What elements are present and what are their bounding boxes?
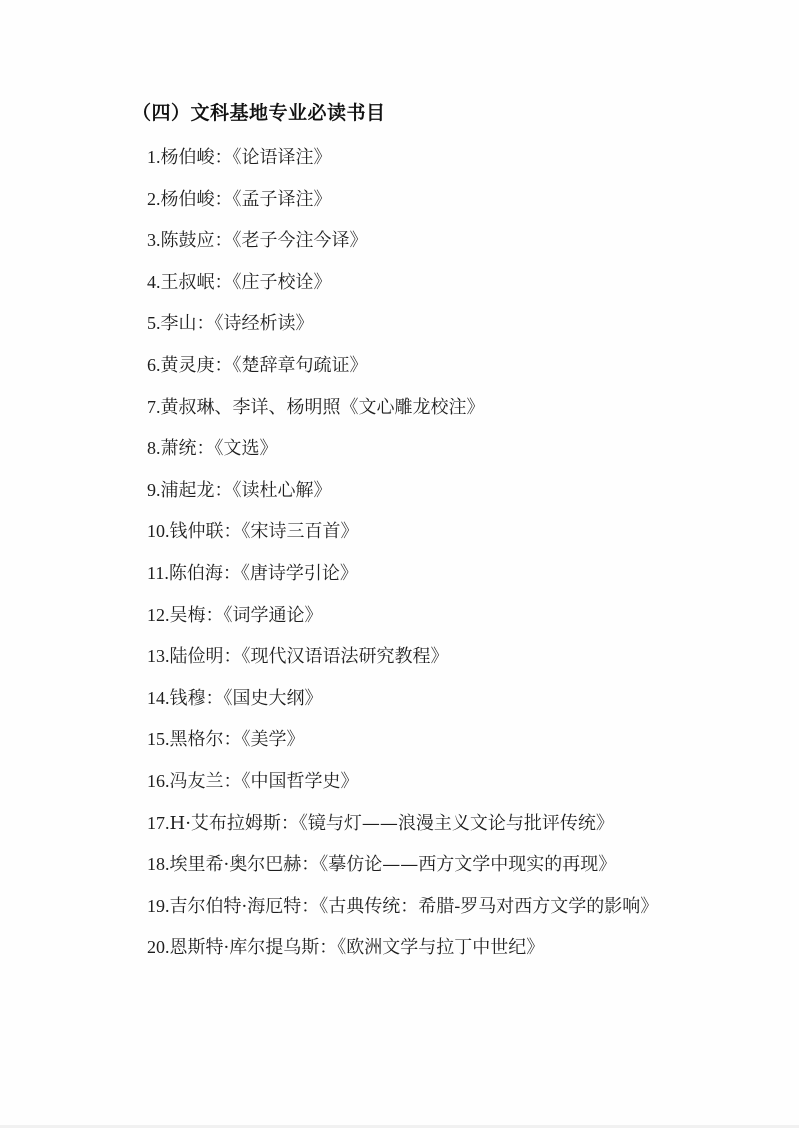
item-number: 19. (147, 896, 170, 916)
list-item: 20.恩斯特·库尔提乌斯：《欧洲文学与拉丁中世纪》 (147, 934, 658, 976)
item-text: 黑格尔：《美学》 (170, 729, 305, 750)
item-number: 14. (147, 688, 170, 708)
item-number: 13. (147, 646, 170, 666)
item-number: 20. (147, 937, 170, 957)
item-text: 吴梅：《词学通论》 (170, 605, 323, 626)
list-item: 16.冯友兰：《中国哲学史》 (147, 768, 658, 810)
item-text: 萧统：《文选》 (161, 438, 278, 459)
item-text: 钱穆：《国史大纲》 (170, 688, 323, 709)
item-text: 浦起龙：《读杜心解》 (161, 480, 332, 501)
list-item: 1.杨伯峻：《论语译注》 (147, 144, 658, 186)
item-number: 9. (147, 480, 161, 500)
item-number: 16. (147, 771, 170, 791)
item-number: 7. (147, 397, 161, 417)
item-number: 8. (147, 438, 161, 458)
item-text: 陈伯海：《唐诗学引论》 (169, 563, 358, 584)
list-item: 4.王叔岷：《庄子校诠》 (147, 269, 658, 311)
list-item: 2.杨伯峻：《孟子译注》 (147, 186, 658, 228)
item-text: H·艾布拉姆斯：《镜与灯——浪漫主义文论与批评传统》 (170, 813, 614, 834)
item-number: 15. (147, 729, 170, 749)
item-number: 12. (147, 605, 170, 625)
item-number: 17. (147, 813, 170, 833)
list-item: 17.H·艾布拉姆斯：《镜与灯——浪漫主义文论与批评传统》 (147, 810, 658, 852)
list-item: 3.陈鼓应：《老子今注今译》 (147, 227, 658, 269)
item-text: 恩斯特·库尔提乌斯：《欧洲文学与拉丁中世纪》 (170, 937, 545, 958)
list-item: 9.浦起龙：《读杜心解》 (147, 477, 658, 519)
item-text: 钱仲联：《宋诗三百首》 (170, 521, 359, 542)
item-number: 6. (147, 355, 161, 375)
item-number: 4. (147, 272, 161, 292)
item-number: 5. (147, 313, 161, 333)
list-item: 14.钱穆：《国史大纲》 (147, 685, 658, 727)
item-text: 黄灵庚：《楚辞章句疏证》 (161, 355, 368, 376)
list-item: 8.萧统：《文选》 (147, 435, 658, 477)
item-text: 埃里希·奥尔巴赫：《摹仿论——西方文学中现实的再现》 (170, 854, 617, 875)
item-number: 11. (147, 563, 169, 583)
reading-list: 1.杨伯峻：《论语译注》 2.杨伯峻：《孟子译注》 3.陈鼓应：《老子今注今译》… (147, 144, 658, 976)
list-item: 10.钱仲联：《宋诗三百首》 (147, 518, 658, 560)
list-item: 11.陈伯海：《唐诗学引论》 (147, 560, 658, 602)
list-item: 5.李山：《诗经析读》 (147, 310, 658, 352)
item-text: 黄叔琳、李详、杨明照《文心雕龙校注》 (161, 397, 485, 418)
item-text: 陆俭明：《现代汉语语法研究教程》 (170, 646, 449, 667)
list-item: 13.陆俭明：《现代汉语语法研究教程》 (147, 643, 658, 685)
item-number: 10. (147, 521, 170, 541)
document-page: （四）文科基地专业必读书目 1.杨伯峻：《论语译注》 2.杨伯峻：《孟子译注》 … (0, 0, 799, 1128)
item-number: 2. (147, 189, 161, 209)
item-text: 王叔岷：《庄子校诠》 (161, 272, 332, 293)
item-text: 李山：《诗经析读》 (161, 313, 314, 334)
item-number: 18. (147, 854, 170, 874)
item-text: 陈鼓应：《老子今注今译》 (161, 230, 368, 251)
section-heading: （四）文科基地专业必读书目 (132, 100, 386, 126)
list-item: 18.埃里希·奥尔巴赫：《摹仿论——西方文学中现实的再现》 (147, 851, 658, 893)
list-item: 6.黄灵庚：《楚辞章句疏证》 (147, 352, 658, 394)
item-text: 吉尔伯特·海厄特：《古典传统：希腊-罗马对西方文学的影响》 (170, 896, 659, 917)
item-number: 1. (147, 147, 161, 167)
item-text: 杨伯峻：《论语译注》 (161, 147, 332, 168)
list-item: 7.黄叔琳、李详、杨明照《文心雕龙校注》 (147, 394, 658, 436)
item-number: 3. (147, 230, 161, 250)
list-item: 15.黑格尔：《美学》 (147, 726, 658, 768)
list-item: 12.吴梅：《词学通论》 (147, 602, 658, 644)
list-item: 19.吉尔伯特·海厄特：《古典传统：希腊-罗马对西方文学的影响》 (147, 893, 658, 935)
item-text: 冯友兰：《中国哲学史》 (170, 771, 359, 792)
item-text: 杨伯峻：《孟子译注》 (161, 189, 332, 210)
